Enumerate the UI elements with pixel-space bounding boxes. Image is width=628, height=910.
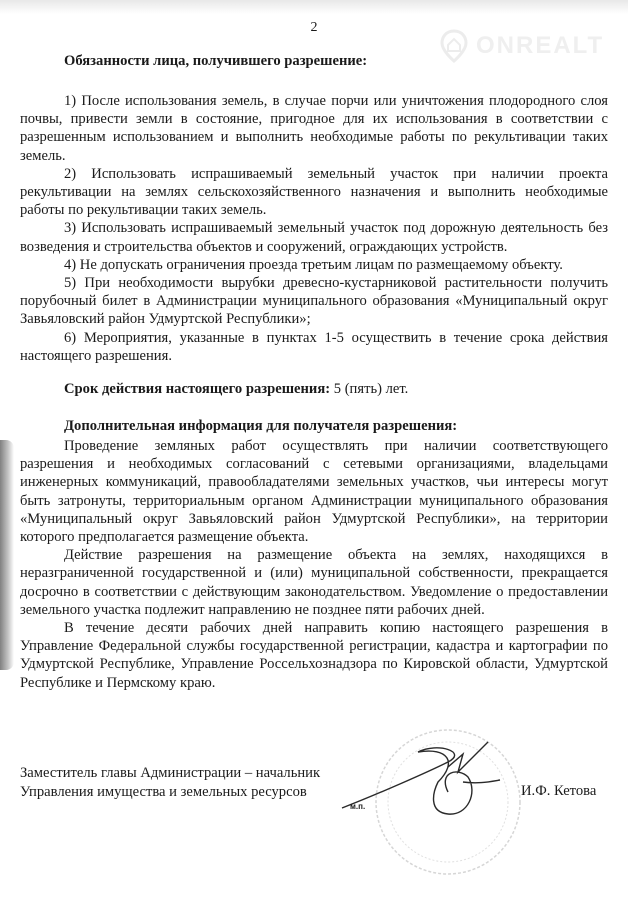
duties-list: 1) После использования земель, в случае … (20, 92, 608, 365)
duty-item-6: 6) Мероприятия, указанные в пунктах 1-5 … (20, 329, 608, 365)
signatory-position: Заместитель главы Администрации – началь… (20, 764, 320, 802)
duty-item-5: 5) При необходимости вырубки древесно-ку… (20, 274, 608, 329)
signatory-position-line2: Управления имущества и земельных ресурсо… (20, 783, 320, 802)
additional-paragraph-2: Действие разрешения на размещение объект… (20, 546, 608, 619)
duty-item-1: 1) После использования земель, в случае … (20, 92, 608, 165)
duty-item-3: 3) Использовать испрашиваемый земельный … (20, 219, 608, 255)
signatory-name: И.Ф. Кетова (521, 783, 596, 800)
duty-item-4: 4) Не допускать ограничения проезда трет… (20, 256, 608, 274)
additional-paragraph-1: Проведение земляных работ осуществлять п… (20, 437, 608, 546)
permit-term-value: 5 (пять) лет. (330, 381, 408, 397)
scan-top-shadow (0, 0, 628, 14)
watermark-text: ONREALT (476, 32, 604, 60)
page-number: 2 (0, 20, 628, 36)
permit-term-label: Срок действия настоящего разрешения: (64, 381, 330, 397)
signatory-position-line1: Заместитель главы Администрации – началь… (20, 764, 320, 783)
official-stamp-and-signature (338, 722, 538, 902)
additional-info-heading: Дополнительная информация для получателя… (64, 418, 457, 435)
scan-left-shadow (0, 440, 14, 670)
duties-heading: Обязанности лица, получившего разрешение… (64, 53, 367, 70)
stamp-mark: м.п. (350, 802, 365, 811)
additional-paragraph-3: В течение десяти рабочих дней направить … (20, 619, 608, 692)
additional-info: Проведение земляных работ осуществлять п… (20, 437, 608, 692)
duty-item-2: 2) Использовать испрашиваемый земельный … (20, 165, 608, 220)
permit-term: Срок действия настоящего разрешения: 5 (… (64, 381, 408, 398)
